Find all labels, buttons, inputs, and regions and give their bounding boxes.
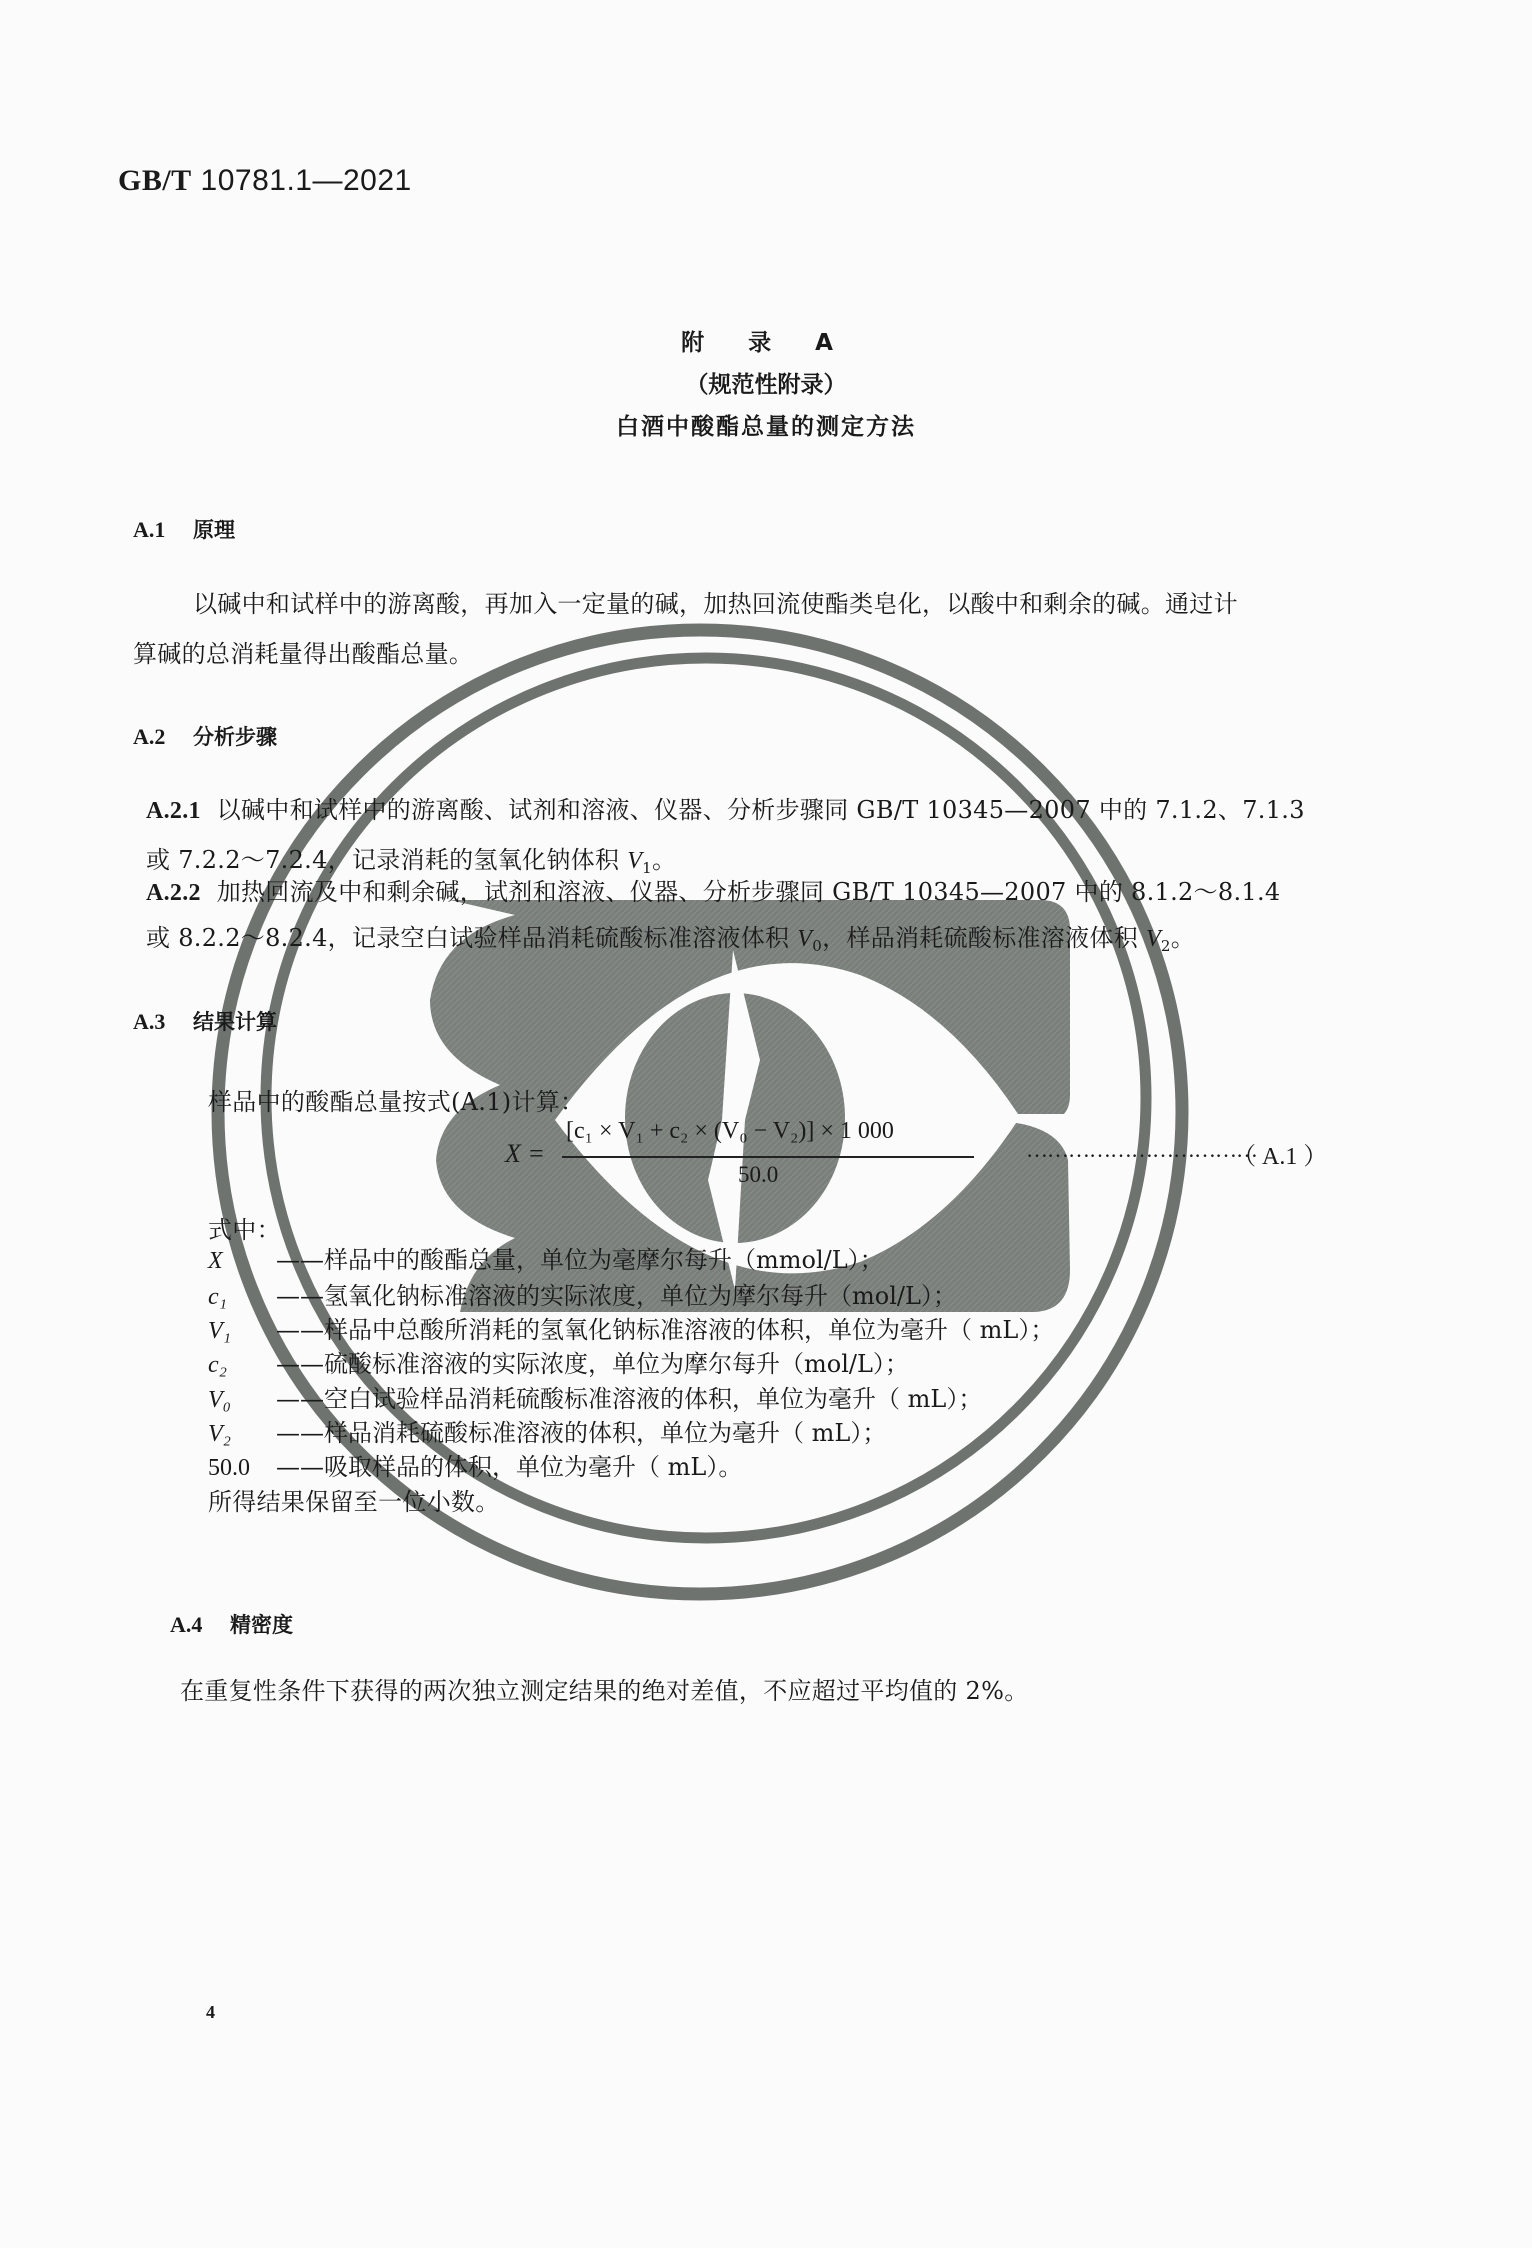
definition-text: ——硫酸标准溶液的实际浓度，单位为摩尔每升（mol/L）； — [276, 1350, 909, 1378]
definition-text: ——空白试验样品消耗硫酸标准溶液的体积，单位为毫升（ mL）； — [276, 1385, 982, 1413]
definition-text: ——氢氧化钠标准溶液的实际浓度，单位为摩尔每升（mol/L）； — [276, 1282, 957, 1310]
section-heading-a1: A.1原理 — [133, 514, 235, 544]
section-number: A.4 — [170, 1612, 230, 1638]
clause-number: A.2.2 — [146, 880, 201, 906]
definition-symbol: X — [208, 1248, 276, 1275]
definition-row: X——样品中的酸酯总量，单位为毫摩尔每升（mmol/L）； — [208, 1240, 884, 1275]
definition-row: V₂——样品消耗硫酸标准溶液的体积，单位为毫升（ mL）； — [208, 1413, 886, 1448]
formula-lhs: X = — [505, 1139, 545, 1169]
section-title: 精密度 — [230, 1613, 293, 1637]
definition-row: c₁——氢氧化钠标准溶液的实际浓度，单位为摩尔每升（mol/L）； — [208, 1276, 957, 1311]
fraction-bar — [562, 1156, 974, 1158]
standard-prefix: GB/T — [118, 164, 192, 197]
formula-intro: 样品中的酸酯总量按式(A.1)计算： — [208, 1082, 584, 1117]
section-title: 分析步骤 — [193, 725, 277, 749]
standard-number: 10781.1—2021 — [201, 164, 412, 197]
page-number: 4 — [206, 2002, 215, 2023]
definition-row: V₁——样品中总酸所消耗的氢氧化钠标准溶液的体积，单位为毫升（ mL）； — [208, 1310, 1054, 1345]
annex-type: （规范性附录） — [0, 366, 1532, 399]
definition-symbol: V₀ — [208, 1387, 276, 1414]
definition-symbol: V₂ — [208, 1421, 276, 1448]
a1-paragraph-line-2: 算碱的总消耗量得出酸酯总量。 — [133, 634, 473, 669]
section-number: A.1 — [133, 517, 193, 543]
a21-line-1: A.2.1 以碱中和试样中的游离酸、试剂和溶液、仪器、分析步骤同 GB/T 10… — [146, 790, 1305, 825]
formula-numerator: [c₁ × V₁ + c₂ × (V₀ − V₂)] × 1 000 — [566, 1118, 894, 1145]
rounding-note: 所得结果保留至一位小数。 — [208, 1482, 500, 1517]
formula-denominator: 50.0 — [738, 1162, 778, 1188]
section-heading-a2: A.2分析步骤 — [133, 721, 277, 751]
formula-leader-dots: …………………………… — [1026, 1137, 1257, 1163]
definition-text: ——样品中总酸所消耗的氢氧化钠标准溶液的体积，单位为毫升（ mL）； — [276, 1316, 1054, 1344]
clause-number: A.2.1 — [146, 798, 201, 824]
definition-row: 50.0——吸取样品的体积，单位为毫升（ mL）。 — [208, 1447, 742, 1482]
equation-label: （ A.1 ） — [1232, 1136, 1327, 1171]
section-heading-a4: A.4精密度 — [170, 1609, 293, 1639]
section-number: A.2 — [133, 724, 193, 750]
a1-paragraph-line-1: 以碱中和试样中的游离酸，再加入一定量的碱，加热回流使酯类皂化，以酸中和剩余的碱。… — [193, 584, 1238, 619]
definition-symbol: 50.0 — [208, 1455, 276, 1482]
annex-title: 白酒中酸酯总量的测定方法 — [0, 408, 1532, 441]
definition-symbol: c₂ — [208, 1352, 276, 1379]
definition-row: c₂——硫酸标准溶液的实际浓度，单位为摩尔每升（mol/L）； — [208, 1344, 909, 1379]
definition-text: ——样品消耗硫酸标准溶液的体积，单位为毫升（ mL）； — [276, 1419, 886, 1447]
precision-text: 在重复性条件下获得的两次独立测定结果的绝对差值，不应超过平均值的 2%。 — [180, 1671, 1029, 1706]
definition-text: ——样品中的酸酯总量，单位为毫摩尔每升（mmol/L）； — [276, 1246, 884, 1274]
definition-symbol: c₁ — [208, 1284, 276, 1311]
standard-header: GB/T 10781.1—2021 — [118, 164, 412, 198]
a22-line-1: A.2.2 加热回流及中和剩余碱，试剂和溶液、仪器、分析步骤同 GB/T 103… — [146, 872, 1280, 907]
definition-symbol: V₁ — [208, 1318, 276, 1345]
section-title: 原理 — [193, 518, 235, 542]
section-title: 结果计算 — [193, 1010, 277, 1034]
definition-text: ——吸取样品的体积，单位为毫升（ mL）。 — [276, 1453, 742, 1481]
section-heading-a3: A.3结果计算 — [133, 1006, 277, 1036]
section-number: A.3 — [133, 1009, 193, 1035]
a22-line-2: 或 8.2.2～8.2.4，记录空白试验样品消耗硫酸标准溶液体积 V0，样品消耗… — [146, 918, 1195, 955]
annex-label: 附 录 A — [0, 324, 1532, 357]
definition-row: V₀——空白试验样品消耗硫酸标准溶液的体积，单位为毫升（ mL）； — [208, 1379, 982, 1414]
